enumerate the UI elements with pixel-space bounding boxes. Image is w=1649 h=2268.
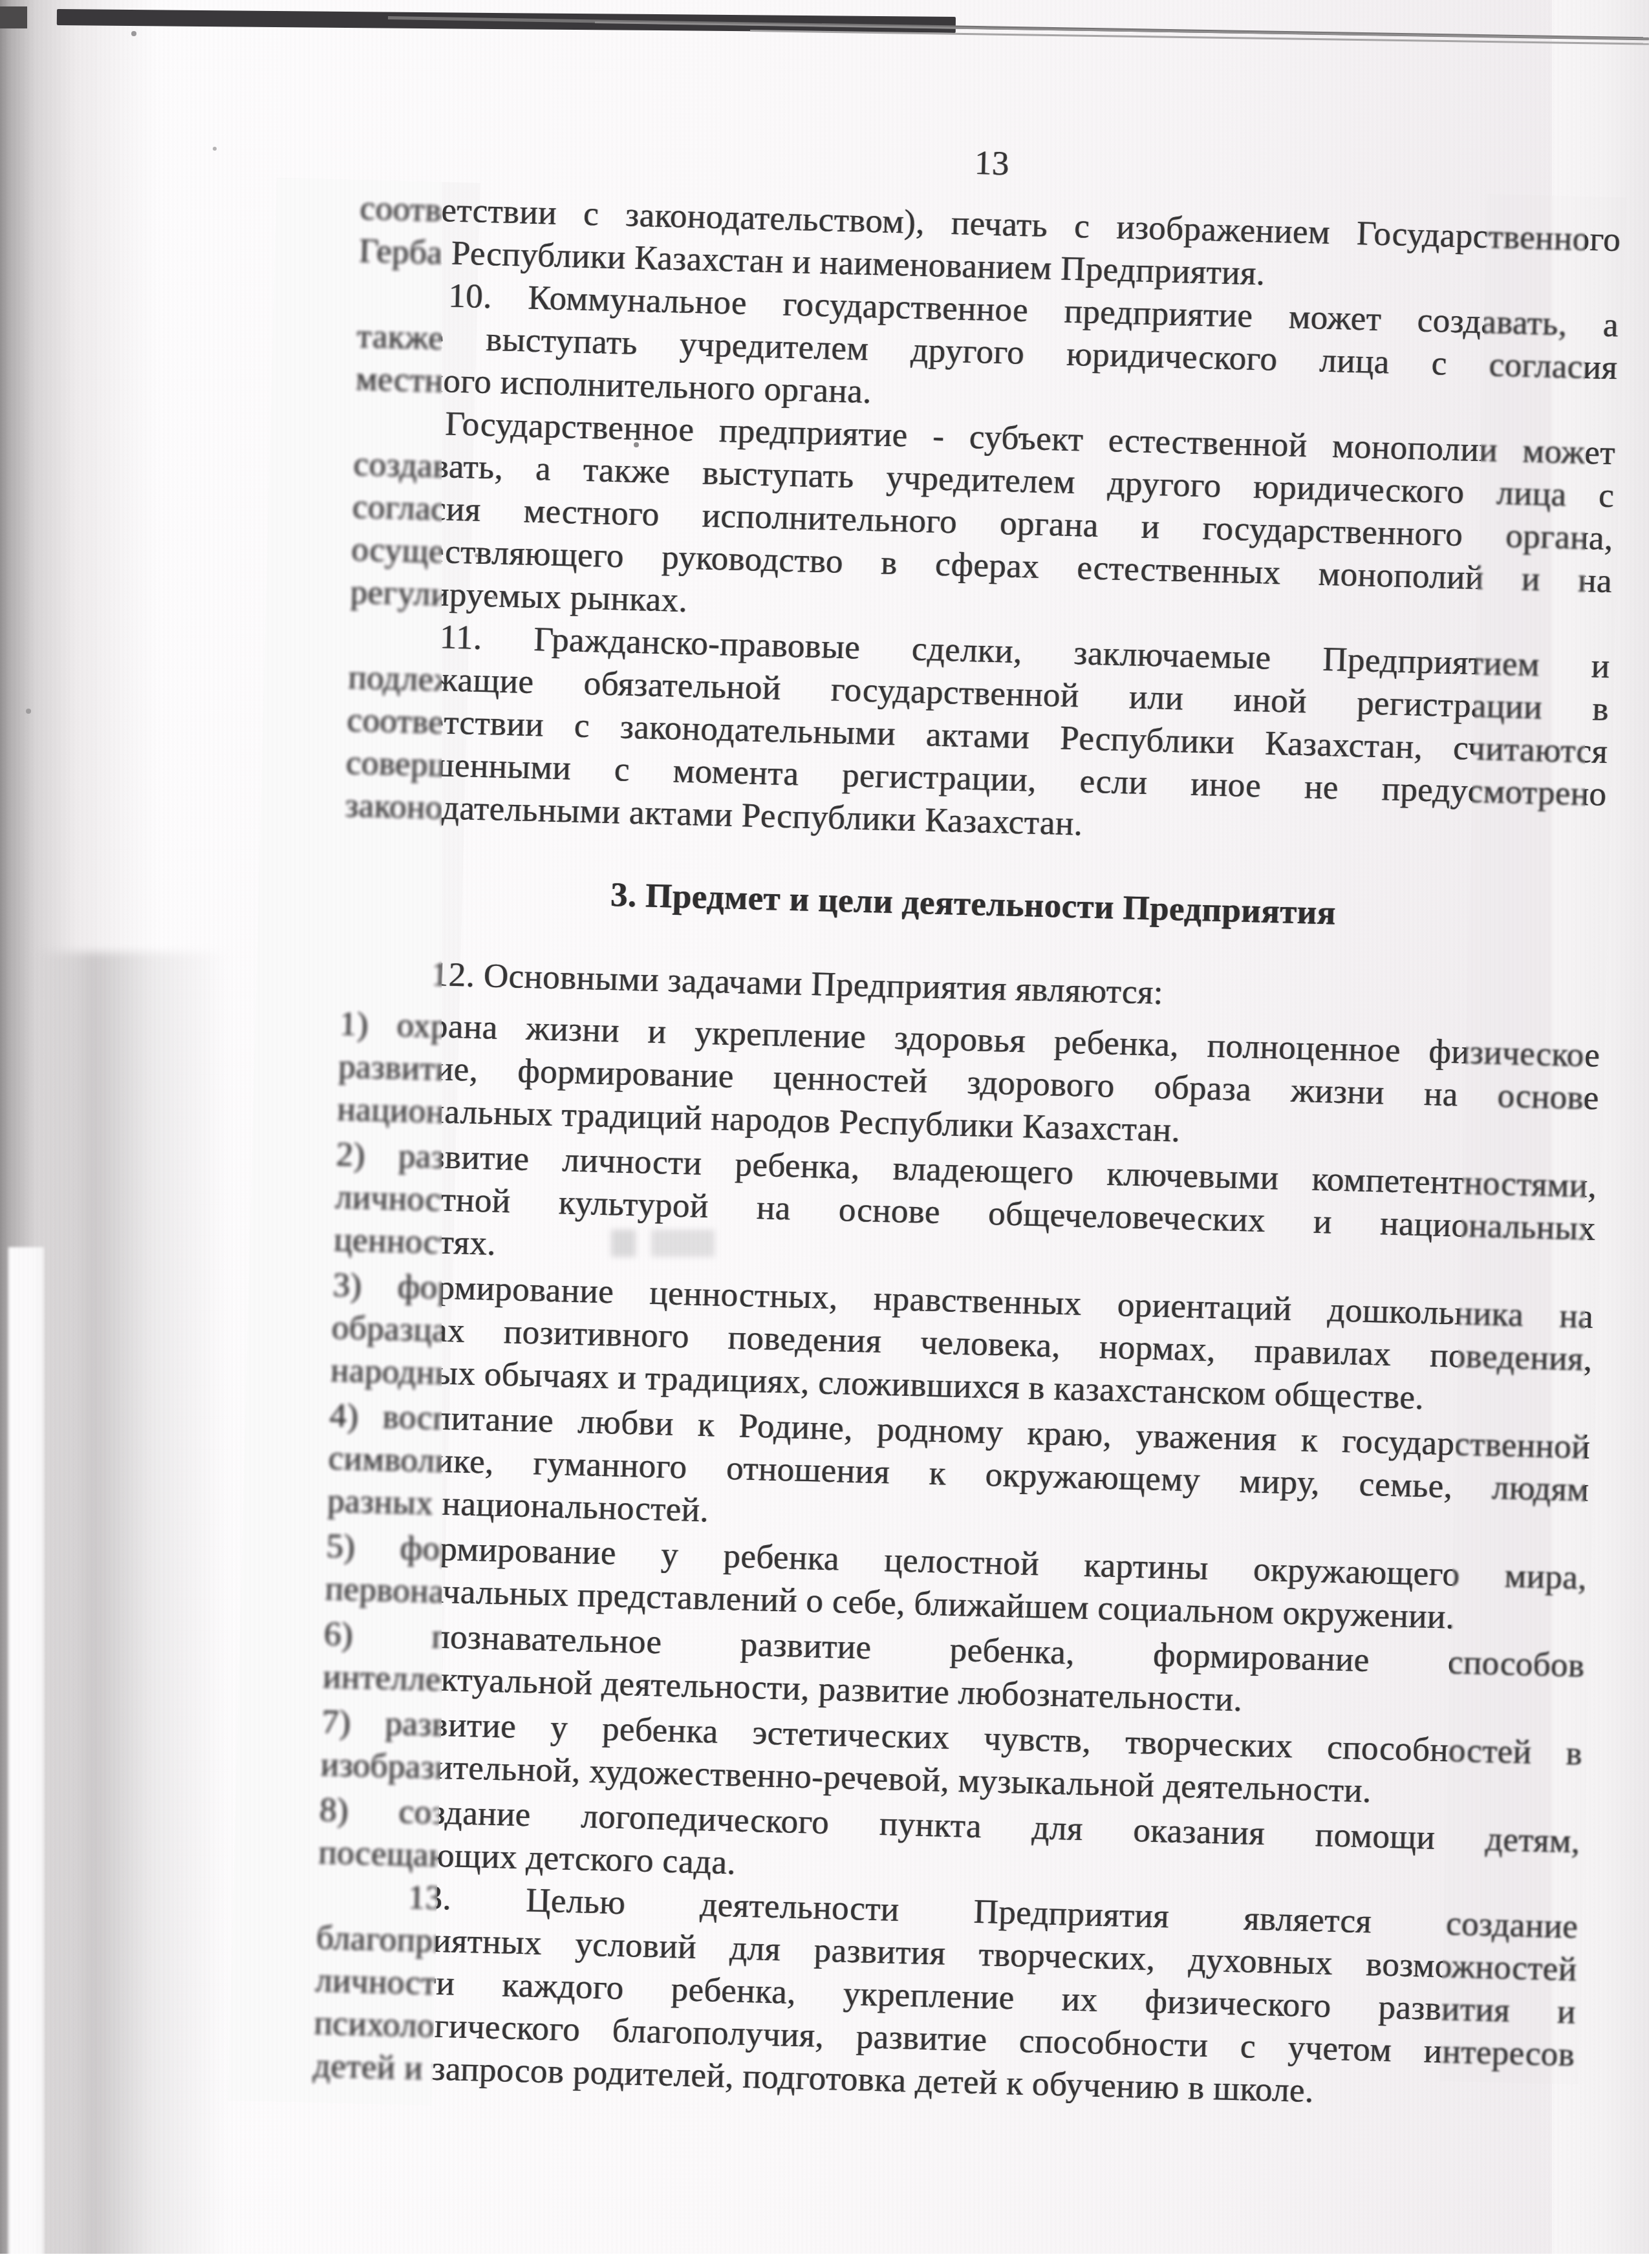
text-blocks: соответствии с законодательством), печат…	[312, 187, 1621, 2119]
dust-specks	[0, 0, 3, 3]
scan-edge-corner	[0, 6, 27, 28]
paragraph: 11. Гражданско-правовые сделки, заключае…	[345, 614, 1611, 859]
page-curl-shadow	[36, 952, 230, 2268]
scanner-bed-strip	[0, 2254, 1649, 2268]
paragraph: 13. Целью деятельности Предприятия являе…	[312, 1874, 1579, 2119]
section-heading: 3. Предмет и цели деятельности Предприят…	[342, 867, 1604, 941]
paragraph: Государственное предприятие - субъект ес…	[350, 400, 1616, 645]
scanned-document-page: 13 соответствии с законодательством), пе…	[0, 0, 1649, 2268]
ink-bleed-artifact	[611, 1230, 766, 1257]
document-content: 13 соответствии с законодательством), пе…	[312, 126, 1622, 2119]
